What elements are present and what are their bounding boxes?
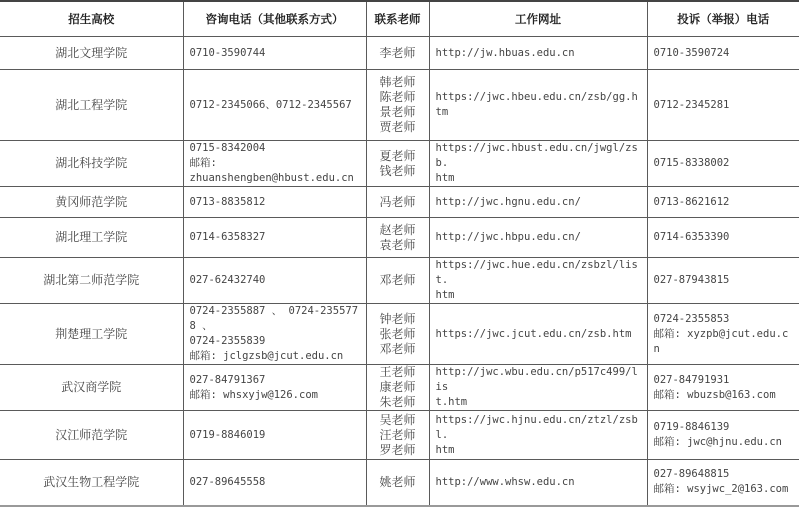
table-body: 湖北文理学院0710-3590744李老师http://jw.hbuas.edu… [0, 37, 799, 497]
table-row: 荆楚理工学院0724-2355887 、 0724-2355778 、0724-… [0, 304, 799, 365]
consult-phone-cell: 0714-6358327 [183, 218, 366, 258]
school-name-cell: 湖北第二师范学院 [0, 258, 183, 304]
school-name-cell: 武汉生物工程学院 [0, 460, 183, 497]
contact-teacher-cell: 夏老师钱老师 [366, 141, 429, 187]
contact-teacher-cell: 吴老师汪老师罗老师 [366, 411, 429, 460]
report-phone-line: 0710-3590724 [654, 46, 794, 61]
report-phone-line: 0712-2345281 [654, 98, 794, 113]
work-url-link[interactable]: http://www.whsw.edu.cn [436, 475, 641, 490]
consult-phone-cell: 0715-8342004邮箱:zhuanshengben@hbust.edu.c… [183, 141, 366, 187]
consult-phone-line: 0724-2355839 [190, 334, 360, 349]
teacher-name: 陈老师 [373, 90, 423, 105]
work-url-cell[interactable]: http://www.whsw.edu.cn [429, 460, 647, 497]
teacher-name: 姚老师 [373, 475, 423, 490]
admissions-contact-table: 招生高校 咨询电话（其他联系方式） 联系老师 工作网址 投诉（举报）电话 湖北文… [0, 0, 799, 496]
school-name-cell: 武汉商学院 [0, 365, 183, 411]
report-phone-cell: 027-89648815邮箱: wsyjwc_2@163.com [647, 460, 799, 497]
teacher-name: 夏老师 [373, 149, 423, 164]
table-row: 武汉生物工程学院027-89645558姚老师http://www.whsw.e… [0, 460, 799, 497]
report-phone-cell: 0710-3590724 [647, 37, 799, 70]
contact-teacher-cell: 冯老师 [366, 187, 429, 218]
teacher-name: 朱老师 [373, 395, 423, 410]
report-phone-line: 邮箱: wsyjwc_2@163.com [654, 482, 794, 496]
teacher-name: 袁老师 [373, 238, 423, 253]
work-url-link[interactable]: https://jwc.hjnu.edu.cn/ztzl/zsbl. [436, 413, 641, 443]
consult-phone-cell: 0710-3590744 [183, 37, 366, 70]
report-phone-line: 0724-2355853 [654, 312, 794, 327]
report-phone-line: 邮箱: jwc@hjnu.edu.cn [654, 435, 794, 450]
table-row: 湖北文理学院0710-3590744李老师http://jw.hbuas.edu… [0, 37, 799, 70]
consult-phone-line: 邮箱: [190, 156, 360, 171]
report-phone-line: 0713-8621612 [654, 195, 794, 210]
contact-teacher-cell: 钟老师张老师邓老师 [366, 304, 429, 365]
consult-phone-cell: 0724-2355887 、 0724-2355778 、0724-235583… [183, 304, 366, 365]
work-url-link[interactable]: https://jwc.hue.edu.cn/zsbzl/list. [436, 258, 641, 288]
header-phone: 咨询电话（其他联系方式） [183, 1, 366, 37]
work-url-link[interactable]: t.htm [436, 395, 641, 410]
report-phone-cell: 0715-8338002 [647, 141, 799, 187]
teacher-name: 张老师 [373, 327, 423, 342]
work-url-cell[interactable]: https://jwc.jcut.edu.cn/zsb.htm [429, 304, 647, 365]
teacher-name: 吴老师 [373, 413, 423, 428]
consult-phone-cell: 0719-8846019 [183, 411, 366, 460]
teacher-name: 钟老师 [373, 312, 423, 327]
work-url-link[interactable]: htm [436, 443, 641, 458]
work-url-cell[interactable]: http://jwc.hgnu.edu.cn/ [429, 187, 647, 218]
header-school: 招生高校 [0, 1, 183, 37]
teacher-name: 韩老师 [373, 75, 423, 90]
report-phone-line: 027-89648815 [654, 467, 794, 482]
report-phone-cell: 027-84791931邮箱: wbuzsb@163.com [647, 365, 799, 411]
report-phone-line: 0715-8338002 [654, 156, 794, 171]
header-url: 工作网址 [429, 1, 647, 37]
work-url-cell[interactable]: https://jwc.hbust.edu.cn/jwgl/zsb.htm [429, 141, 647, 187]
consult-phone-line: 027-84791367 [190, 373, 360, 388]
table-row: 湖北工程学院0712-2345066、0712-2345567韩老师陈老师景老师… [0, 70, 799, 141]
consult-phone-line: 027-62432740 [190, 273, 360, 288]
report-phone-cell: 0714-6353390 [647, 218, 799, 258]
school-name-cell: 荆楚理工学院 [0, 304, 183, 365]
report-phone-cell: 0713-8621612 [647, 187, 799, 218]
report-phone-line: 027-87943815 [654, 273, 794, 288]
report-phone-line: 邮箱: wbuzsb@163.com [654, 388, 794, 403]
teacher-name: 李老师 [373, 46, 423, 61]
teacher-name: 钱老师 [373, 164, 423, 179]
consult-phone-line: 邮箱: whsxyjw@126.com [190, 388, 360, 403]
consult-phone-line: zhuanshengben@hbust.edu.cn [190, 171, 360, 186]
consult-phone-cell: 027-62432740 [183, 258, 366, 304]
work-url-link[interactable]: https://jwc.jcut.edu.cn/zsb.htm [436, 327, 641, 342]
consult-phone-line: 邮箱: jclgzsb@jcut.edu.cn [190, 349, 360, 364]
teacher-name: 汪老师 [373, 428, 423, 443]
report-phone-line: 0719-8846139 [654, 420, 794, 435]
contact-teacher-cell: 王老师康老师朱老师 [366, 365, 429, 411]
table-row: 湖北理工学院0714-6358327赵老师袁老师http://jwc.hbpu.… [0, 218, 799, 258]
consult-phone-line: 027-89645558 [190, 475, 360, 490]
consult-phone-line: 0712-2345066、0712-2345567 [190, 98, 360, 113]
table-row: 湖北科技学院0715-8342004邮箱:zhuanshengben@hbust… [0, 141, 799, 187]
table-row: 黄冈师范学院0713-8835812冯老师http://jwc.hgnu.edu… [0, 187, 799, 218]
report-phone-cell: 027-87943815 [647, 258, 799, 304]
school-name-cell: 汉江师范学院 [0, 411, 183, 460]
teacher-name: 康老师 [373, 380, 423, 395]
work-url-cell[interactable]: http://jwc.wbu.edu.cn/p517c499/list.htm [429, 365, 647, 411]
teacher-name: 邓老师 [373, 342, 423, 357]
consult-phone-line: 0714-6358327 [190, 230, 360, 245]
work-url-cell[interactable]: https://jwc.hbeu.edu.cn/zsb/gg.htm [429, 70, 647, 141]
school-name-cell: 黄冈师范学院 [0, 187, 183, 218]
consult-phone-line: 0710-3590744 [190, 46, 360, 61]
work-url-link[interactable]: http://jwc.hbpu.edu.cn/ [436, 230, 641, 245]
contact-teacher-cell: 姚老师 [366, 460, 429, 497]
table-row: 汉江师范学院0719-8846019吴老师汪老师罗老师https://jwc.h… [0, 411, 799, 460]
work-url-link[interactable]: http://jwc.hgnu.edu.cn/ [436, 195, 641, 210]
report-phone-cell: 0724-2355853邮箱: xyzpb@jcut.edu.cn [647, 304, 799, 365]
work-url-cell[interactable]: https://jwc.hue.edu.cn/zsbzl/list.htm [429, 258, 647, 304]
work-url-link[interactable]: http://jwc.wbu.edu.cn/p517c499/lis [436, 365, 641, 395]
header-teacher: 联系老师 [366, 1, 429, 37]
table-row: 湖北第二师范学院027-62432740邓老师https://jwc.hue.e… [0, 258, 799, 304]
school-name-cell: 湖北科技学院 [0, 141, 183, 187]
work-url-link[interactable]: htm [436, 171, 641, 186]
teacher-name: 景老师 [373, 105, 423, 120]
consult-phone-line: 0713-8835812 [190, 195, 360, 210]
contact-teacher-cell: 赵老师袁老师 [366, 218, 429, 258]
report-phone-line: 0714-6353390 [654, 230, 794, 245]
work-url-link[interactable]: https://jwc.hbeu.edu.cn/zsb/gg.htm [436, 90, 641, 120]
consult-phone-cell: 0712-2345066、0712-2345567 [183, 70, 366, 141]
consult-phone-cell: 027-89645558 [183, 460, 366, 497]
consult-phone-line: 0715-8342004 [190, 141, 360, 156]
consult-phone-line: 0719-8846019 [190, 428, 360, 443]
report-phone-cell: 0712-2345281 [647, 70, 799, 141]
work-url-link[interactable]: https://jwc.hbust.edu.cn/jwgl/zsb. [436, 141, 641, 171]
teacher-name: 邓老师 [373, 273, 423, 288]
teacher-name: 贾老师 [373, 120, 423, 135]
teacher-name: 冯老师 [373, 195, 423, 210]
table-header-row: 招生高校 咨询电话（其他联系方式） 联系老师 工作网址 投诉（举报）电话 [0, 1, 799, 37]
school-name-cell: 湖北理工学院 [0, 218, 183, 258]
consult-phone-cell: 027-84791367邮箱: whsxyjw@126.com [183, 365, 366, 411]
consult-phone-line: 0724-2355887 、 0724-2355778 、 [190, 304, 360, 334]
report-phone-line: 027-84791931 [654, 373, 794, 388]
consult-phone-cell: 0713-8835812 [183, 187, 366, 218]
teacher-name: 王老师 [373, 365, 423, 380]
school-name-cell: 湖北工程学院 [0, 70, 183, 141]
work-url-cell[interactable]: http://jw.hbuas.edu.cn [429, 37, 647, 70]
work-url-link[interactable]: http://jw.hbuas.edu.cn [436, 46, 641, 61]
table-row: 武汉商学院027-84791367邮箱: whsxyjw@126.com王老师康… [0, 365, 799, 411]
contact-teacher-cell: 李老师 [366, 37, 429, 70]
teacher-name: 罗老师 [373, 443, 423, 458]
work-url-link[interactable]: htm [436, 288, 641, 303]
contact-teacher-cell: 韩老师陈老师景老师贾老师 [366, 70, 429, 141]
report-phone-cell: 0719-8846139邮箱: jwc@hjnu.edu.cn [647, 411, 799, 460]
header-report-phone: 投诉（举报）电话 [647, 1, 799, 37]
work-url-cell[interactable]: https://jwc.hjnu.edu.cn/ztzl/zsbl.htm [429, 411, 647, 460]
teacher-name: 赵老师 [373, 223, 423, 238]
contact-teacher-cell: 邓老师 [366, 258, 429, 304]
report-phone-line: 邮箱: xyzpb@jcut.edu.cn [654, 327, 794, 357]
school-name-cell: 湖北文理学院 [0, 37, 183, 70]
work-url-cell[interactable]: http://jwc.hbpu.edu.cn/ [429, 218, 647, 258]
